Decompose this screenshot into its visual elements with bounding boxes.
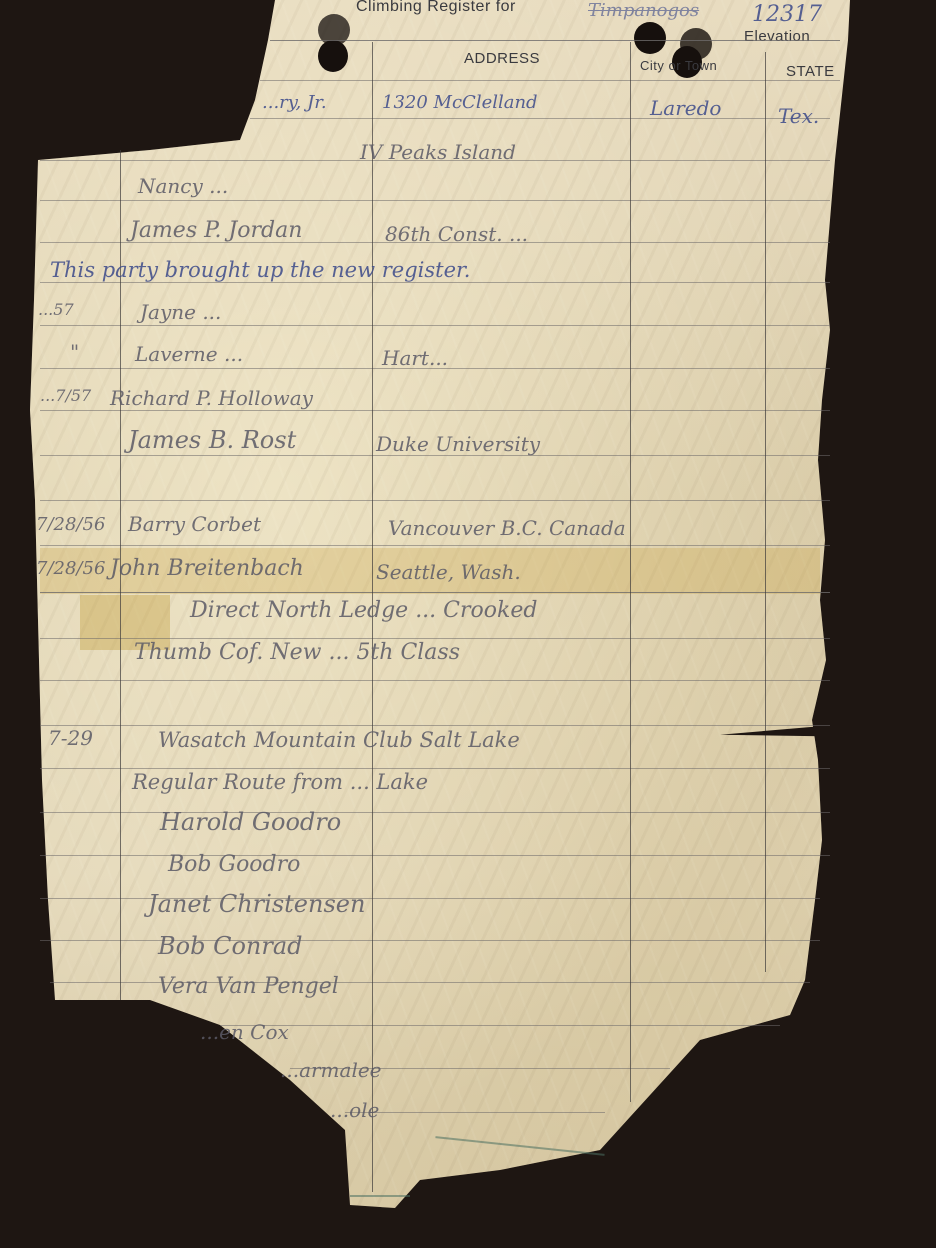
rule-line [40,855,830,856]
rule-line [40,940,820,941]
entry-name: Barry Corbet [128,512,261,536]
entry-route: Direct North Ledge ... Crooked [190,598,537,623]
entry-address: 86th Const. ... [385,222,528,246]
elevation-label: Elevation [744,28,810,45]
elevation-value: 12317 [752,2,822,27]
entry-club: Wasatch Mountain Club Salt Lake [158,728,520,752]
rule-line [260,80,840,81]
entry-address: Seattle, Wash. [376,560,521,584]
rule-line [40,282,830,283]
column-header-state: STATE [786,63,835,80]
entry-address: IV Peaks Island [360,140,516,164]
rule-line [40,680,830,681]
entry-name: ...ry, Jr. [262,92,327,113]
entry-name: ...ole [330,1098,379,1122]
climbing-register-page: Climbing Register for Timpanogos 12317 E… [0,0,936,1248]
rule-line [250,118,830,119]
rule-line [40,500,830,501]
entry-name: Laverne ... [135,342,243,366]
punch-hole [634,22,666,54]
entry-address: Hart... [382,346,448,370]
entry-name: Nancy ... [138,174,228,198]
rule-line [40,325,830,326]
entry-name: Bob Conrad [158,932,303,960]
entry-address: Vancouver B.C. Canada [388,516,626,540]
entry-city: Laredo [650,96,721,120]
column-header-address: ADDRESS [464,50,540,67]
rule-line [220,1025,780,1026]
register-title-label: Climbing Register for [356,0,516,16]
entry-name: James B. Rost [128,426,296,454]
entry-date: ...7/57 [40,386,91,405]
entry-name: John Breitenbach [110,556,304,581]
rule-line [350,1195,410,1197]
rule-line [40,725,830,726]
rule-line [40,545,830,546]
entry-name: James P. Jordan [130,218,302,243]
entry-name: Janet Christensen [148,890,365,918]
entry-route: Thumb Cof. New ... 5th Class [134,640,460,665]
rule-line [40,410,830,411]
entry-state: Tex. [778,104,819,128]
entry-address: Duke University [376,432,540,456]
entry-name: Richard P. Holloway [110,386,313,410]
rule-line [40,592,830,593]
entry-date: 7-29 [48,726,93,750]
entry-date: ...57 [38,300,74,319]
entry-route: Regular Route from ... Lake [132,770,428,794]
entry-name: Vera Van Pengel [158,974,339,999]
entry-name: Jayne ... [140,300,221,324]
column-rule [630,42,631,1102]
peak-name: Timpanogos [588,0,699,21]
entry-note: This party brought up the new register. [50,258,470,282]
column-header-city-town: City or Town [640,58,717,73]
entry-name: Bob Goodro [168,852,300,877]
rule-line [40,638,830,639]
punch-hole [318,40,348,72]
entry-name: Harold Goodro [160,808,341,836]
entry-name: ...armalee [280,1058,382,1082]
rule-line [345,1112,605,1113]
rule-line [40,812,830,813]
entry-date: " [70,340,79,364]
entry-date: 7/28/56 [36,514,105,535]
entry-name: ...en Cox [200,1020,289,1044]
column-rule [765,52,766,972]
rule-line [40,768,830,769]
entry-address: 1320 McClelland [382,92,538,113]
entry-date: 7/28/56 [36,558,105,579]
rule-line [270,40,840,41]
rule-line [40,200,830,201]
